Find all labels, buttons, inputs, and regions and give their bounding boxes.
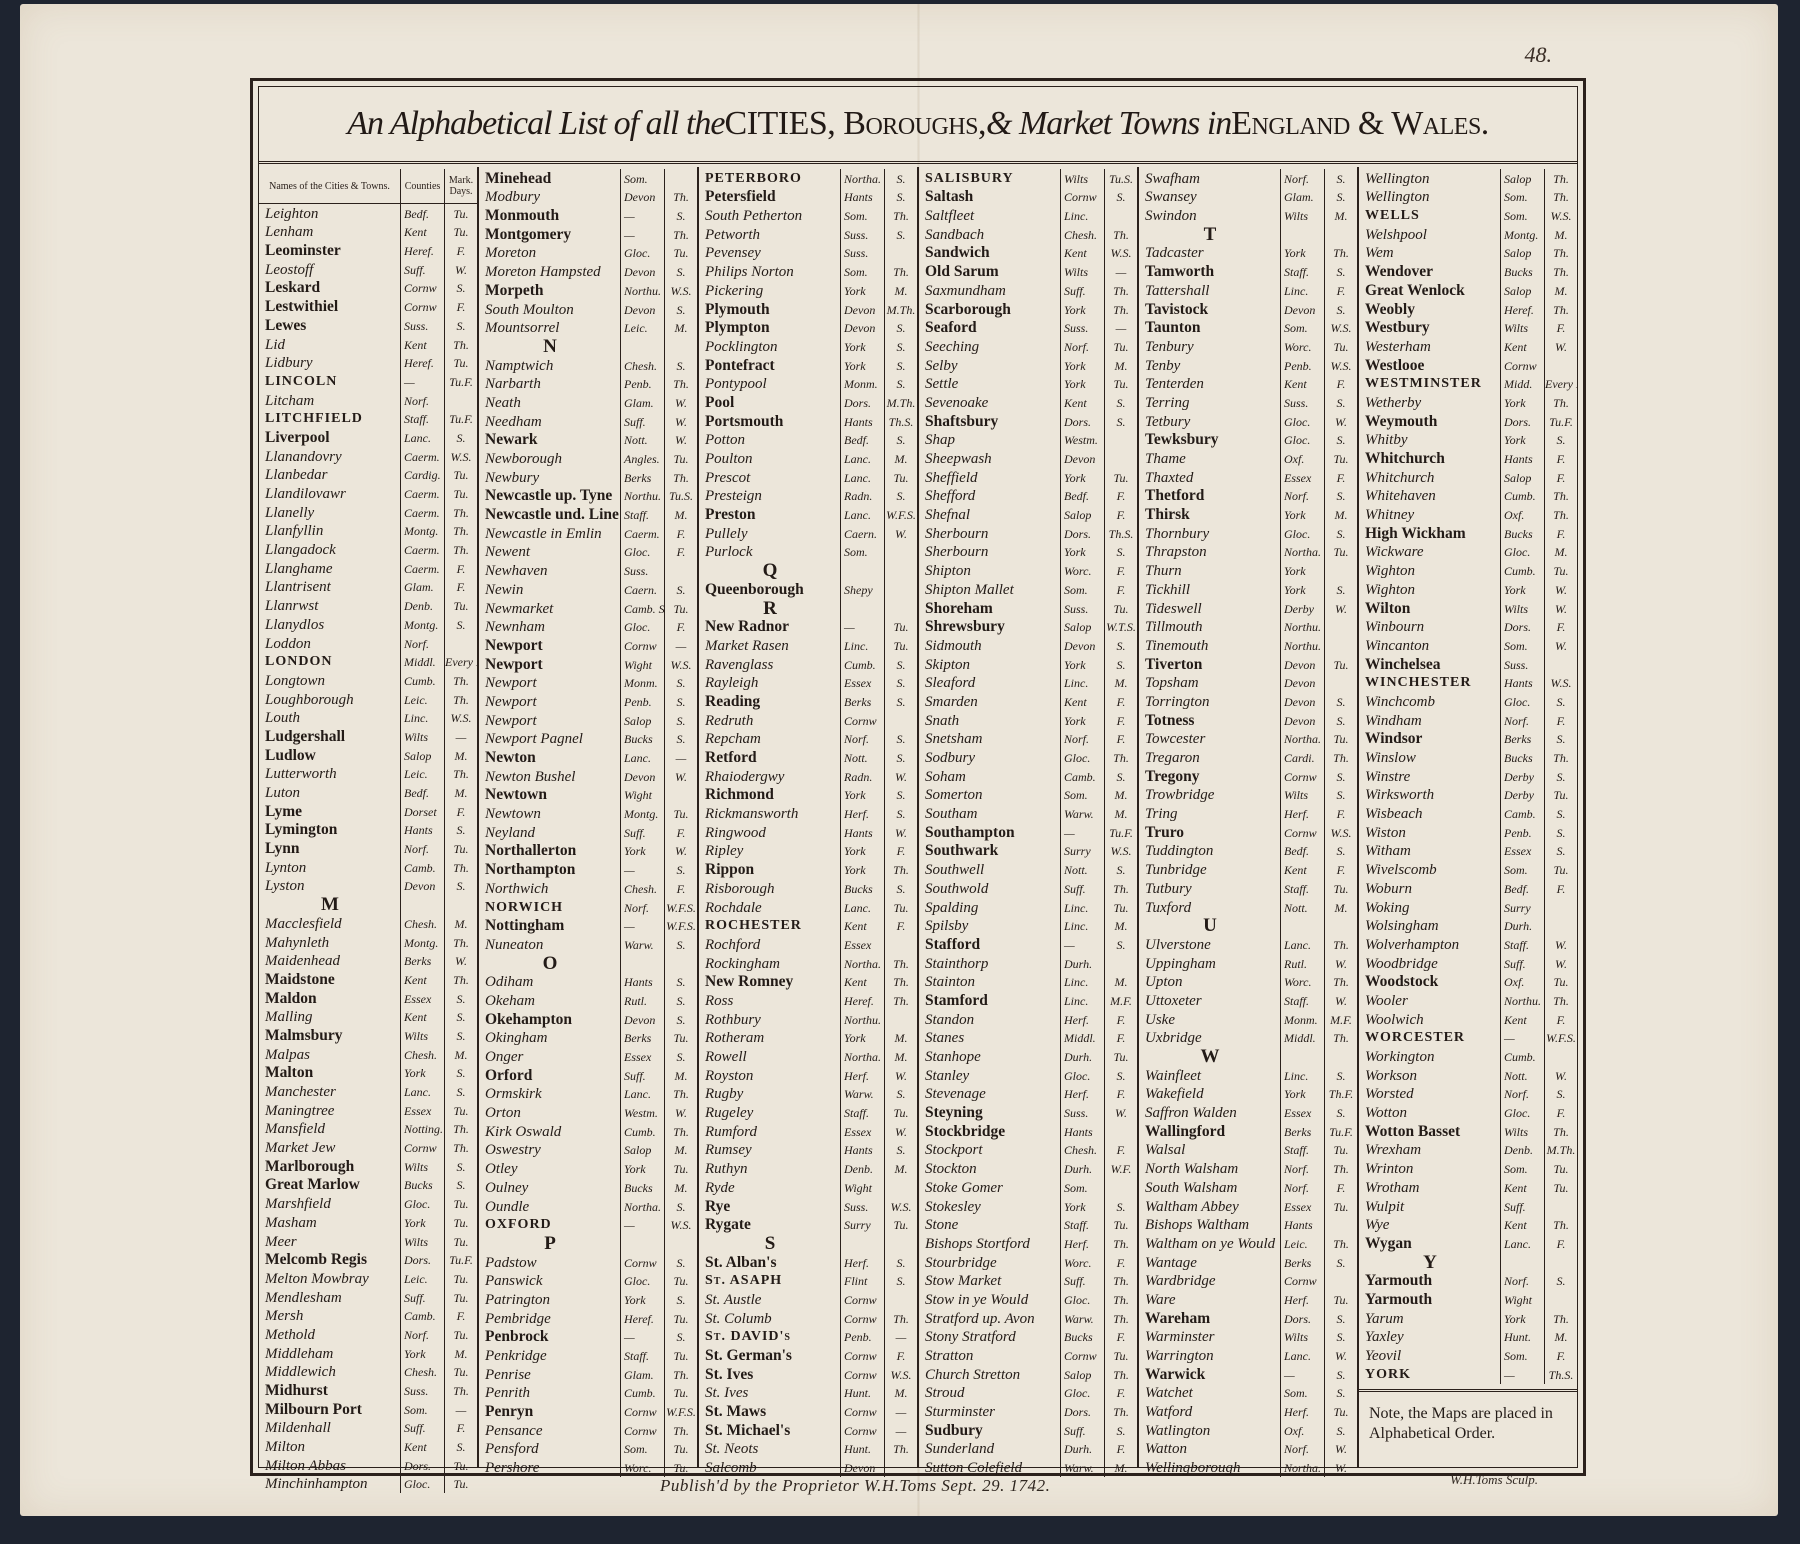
- market-day: F.: [1545, 1104, 1577, 1122]
- town-row: OXFORD—W.S.: [479, 1216, 697, 1235]
- town-name: St. DAVID's: [699, 1328, 841, 1346]
- town-name: Wardbridge: [1139, 1272, 1281, 1290]
- town-name: Rothbury: [699, 1011, 841, 1029]
- market-day: Tu.F.: [1105, 824, 1137, 842]
- town-name: Southwell: [919, 861, 1061, 879]
- town-name: St. Austle: [699, 1291, 841, 1309]
- county: Chesh.: [621, 880, 665, 898]
- town-row: LitchamNorf.: [259, 391, 477, 410]
- town-row: Market RasenLinc.Tu.: [699, 636, 917, 655]
- town-row: LouthLinc.W.S.: [259, 709, 477, 728]
- town-name: Thame: [1139, 450, 1281, 468]
- town-name: Newcastle in Emlin: [479, 525, 621, 543]
- market-day: S.: [885, 338, 917, 356]
- county: Suss.: [1281, 394, 1325, 412]
- town-name: Tenbury: [1139, 338, 1281, 356]
- town-row: Sutton ColefieldWarw.M.: [919, 1458, 1137, 1477]
- county: Cornw: [401, 1139, 445, 1157]
- market-day: —: [885, 1328, 917, 1346]
- town-name: Sandbach: [919, 226, 1061, 244]
- market-day: Th.: [885, 1310, 917, 1328]
- town-name: Bishops Stortford: [919, 1235, 1061, 1253]
- town-row: WrintonSom.Tu.: [1359, 1159, 1577, 1178]
- market-day: Th.: [445, 1120, 477, 1138]
- town-row: LestwithielCornwF.: [259, 297, 477, 316]
- market-day: F.: [885, 1347, 917, 1365]
- town-name: Melton Mowbray: [259, 1270, 401, 1288]
- county: —: [841, 618, 885, 636]
- town-name: WESTMINSTER: [1359, 375, 1501, 393]
- market-day: Tu.F.: [445, 410, 477, 428]
- county: —: [1501, 1029, 1545, 1047]
- market-day: F.: [445, 1307, 477, 1325]
- town-name: Rugby: [699, 1085, 841, 1103]
- town-row: RavenglassCumb.S.: [699, 655, 917, 674]
- town-name: Risborough: [699, 880, 841, 898]
- town-row: WalsalStaff.Tu.: [1139, 1141, 1357, 1160]
- market-day: Th.: [1325, 1160, 1357, 1178]
- market-day: S.: [665, 973, 697, 991]
- market-day: —: [885, 1403, 917, 1421]
- market-day: Th.: [1105, 1291, 1137, 1309]
- county: Norf.: [1281, 1440, 1325, 1458]
- town-row: RumfordEssexW.: [699, 1122, 917, 1141]
- market-day: Tu.: [885, 1216, 917, 1234]
- town-name: Rumford: [699, 1123, 841, 1141]
- town-name: Soham: [919, 768, 1061, 786]
- town-name: Lestwithiel: [259, 298, 401, 316]
- county: Nott.: [1501, 1067, 1545, 1085]
- market-day: W.: [665, 394, 697, 412]
- county: York: [621, 842, 665, 860]
- market-day: S.: [1325, 487, 1357, 505]
- county: Dors.: [401, 1457, 445, 1475]
- county: Linc.: [1281, 1067, 1325, 1085]
- town-name: Stow Market: [919, 1272, 1061, 1290]
- market-day: F.: [1105, 1085, 1137, 1103]
- town-row: WrothamKentTu.: [1359, 1178, 1577, 1197]
- county: Cumb.: [401, 672, 445, 690]
- county: Norf.: [1061, 730, 1105, 748]
- county: Northu.: [1501, 992, 1545, 1010]
- town-row: WirksworthDerbyTu.: [1359, 786, 1577, 805]
- town-name: ROCHESTER: [699, 917, 841, 935]
- town-name: Pensford: [479, 1440, 621, 1458]
- county: Cornw: [1281, 1272, 1325, 1290]
- town-name: Wolsingham: [1359, 917, 1501, 935]
- market-day: Th.: [445, 1139, 477, 1157]
- town-row: TadcasterYorkTh.: [1139, 244, 1357, 263]
- town-row: LeightonBedf.Tu.: [259, 204, 477, 223]
- town-row: Warwick—S.: [1139, 1365, 1357, 1384]
- town-name: Yarmouth: [1359, 1291, 1501, 1309]
- town-name: Workson: [1359, 1067, 1501, 1085]
- market-day: F.: [1325, 1179, 1357, 1197]
- market-day: M.: [665, 319, 697, 337]
- county: Suff.: [621, 1067, 665, 1085]
- town-name: Old Sarum: [919, 263, 1061, 281]
- market-day: Th.: [1545, 749, 1577, 767]
- town-name: Newtown: [479, 805, 621, 823]
- town-row: South MoultonDevonS.: [479, 300, 697, 319]
- town-name: Stanhope: [919, 1048, 1061, 1066]
- town-row: SohamCamb.S.: [919, 767, 1137, 786]
- town-name: Rye: [699, 1198, 841, 1216]
- town-name: Steyning: [919, 1104, 1061, 1122]
- county: Suff.: [401, 1289, 445, 1307]
- town-name: Mersh: [259, 1307, 401, 1325]
- town-name: Wulpit: [1359, 1198, 1501, 1216]
- market-day: Tu.: [665, 1310, 697, 1328]
- county: Dors.: [401, 1251, 445, 1269]
- market-day: Th.: [1545, 301, 1577, 319]
- county: Hunt.: [1501, 1328, 1545, 1346]
- town-row: Waltham AbbeyEssexTu.: [1139, 1197, 1357, 1216]
- county: Bedf.: [1281, 842, 1325, 860]
- county: Som.: [1281, 319, 1325, 337]
- town-row: Nottingham—W.F.S.: [479, 917, 697, 936]
- market-day: S.: [1325, 693, 1357, 711]
- county: Essex: [401, 1102, 445, 1120]
- town-name: Wrinton: [1359, 1160, 1501, 1178]
- market-day: S.: [1325, 1384, 1357, 1402]
- county: Dors.: [1501, 618, 1545, 636]
- town-name: Pontefract: [699, 357, 841, 375]
- town-name: NORWICH: [479, 899, 621, 917]
- town-row: MinchinhamptonGloc.Tu.: [259, 1475, 477, 1494]
- market-day: S.: [665, 674, 697, 692]
- market-day: Th.: [885, 263, 917, 281]
- county: Hants: [1501, 674, 1545, 692]
- county: Lanc.: [1501, 1235, 1545, 1253]
- town-name: Wendover: [1359, 263, 1501, 281]
- county: Berks: [1281, 1123, 1325, 1141]
- town-name: Llanelly: [259, 504, 401, 522]
- town-row: SandwichKentW.S.: [919, 244, 1137, 263]
- town-rows: PETERBORONortha.S.PetersfieldHantsS.Sout…: [699, 169, 917, 1477]
- town-row: WolverhamptonStaff.W.: [1359, 935, 1577, 954]
- market-day: S.: [1105, 394, 1137, 412]
- county: —: [621, 207, 665, 225]
- town-row: WattonNorf.W.: [1139, 1440, 1357, 1459]
- market-day: W.: [885, 525, 917, 543]
- table-inner-border: An Alphabetical List of all the CITIES ,…: [258, 86, 1578, 1468]
- town-row: SomertonSom.M.: [919, 786, 1137, 805]
- town-row: WolsinghamDurh.: [1359, 917, 1577, 936]
- town-name: Warminster: [1139, 1328, 1281, 1346]
- county: Worc.: [1061, 562, 1105, 580]
- town-row: PershoreWorc.Tu.: [479, 1458, 697, 1477]
- county: Suff.: [1501, 955, 1545, 973]
- county: Lanc.: [841, 450, 885, 468]
- market-day: Th.: [1325, 973, 1357, 991]
- county: Denb.: [1501, 1141, 1545, 1159]
- market-day: W.F.S.: [885, 506, 917, 524]
- town-name: Wooler: [1359, 992, 1501, 1010]
- town-name: Shoreham: [919, 600, 1061, 618]
- town-row: RygateSurryTu.: [699, 1216, 917, 1235]
- town-name: Wolverhampton: [1359, 936, 1501, 954]
- county: Dors.: [1281, 1310, 1325, 1328]
- county: Chesh.: [621, 357, 665, 375]
- county: Som.: [1061, 1179, 1105, 1197]
- market-day: M.: [665, 1067, 697, 1085]
- town-row: Newcastle in EmlinCaerm.F.: [479, 524, 697, 543]
- town-name: Weobly: [1359, 301, 1501, 319]
- market-day: Th.: [1325, 749, 1357, 767]
- county: Northa.: [841, 1048, 885, 1066]
- market-day: M.: [885, 282, 917, 300]
- market-day: F.: [665, 618, 697, 636]
- county: Berks: [621, 1029, 665, 1047]
- town-name: Mahynleth: [259, 934, 401, 952]
- county: Cumb.: [1501, 1048, 1545, 1066]
- town-name: Manchester: [259, 1083, 401, 1101]
- county: Hants: [1061, 1123, 1105, 1141]
- town-name: Tavistock: [1139, 301, 1281, 319]
- town-name: LITCHFIELD: [259, 410, 401, 428]
- market-day: W.: [1545, 338, 1577, 356]
- town-rows: MineheadSom.ModburyDevonTh.Monmouth—S.Mo…: [479, 169, 697, 1477]
- county: Northa.: [1281, 730, 1325, 748]
- market-day: S.: [445, 279, 477, 297]
- county: Chesh.: [401, 915, 445, 933]
- county: Som.: [1061, 786, 1105, 804]
- town-row: St. German'sCornwF.: [699, 1346, 917, 1365]
- town-row: WindhamNorf.F.: [1359, 711, 1577, 730]
- town-name: Smarden: [919, 693, 1061, 711]
- market-day: S.: [1105, 188, 1137, 206]
- market-day: S.: [1325, 188, 1357, 206]
- market-day: Tu.: [1545, 786, 1577, 804]
- market-day: Th.: [1325, 936, 1357, 954]
- market-day: F.: [1325, 861, 1357, 879]
- market-day: Tu.: [1545, 562, 1577, 580]
- county: York: [1061, 469, 1105, 487]
- county: Suss.: [1061, 319, 1105, 337]
- town-row: SeechingNorf.Tu.: [919, 337, 1137, 356]
- town-row: WickwareGloc.M.: [1359, 543, 1577, 562]
- market-day: Th.: [665, 375, 697, 393]
- town-name: Stockton: [919, 1160, 1061, 1178]
- town-row: ThornburyGloc.S.: [1139, 524, 1357, 543]
- county: Devon: [621, 768, 665, 786]
- market-day: Tu.: [665, 1029, 697, 1047]
- market-day: M.: [885, 1160, 917, 1178]
- county: Bucks: [1061, 1328, 1105, 1346]
- county: York: [841, 357, 885, 375]
- town-row: Melton MowbrayLeic.Tu.: [259, 1269, 477, 1288]
- town-row: South WalshamNorf.F.: [1139, 1178, 1357, 1197]
- town-name: Stow in ye Would: [919, 1291, 1061, 1309]
- town-row: PembridgeHeref.Tu.: [479, 1309, 697, 1328]
- town-name: Lynn: [259, 840, 401, 858]
- market-day: S.: [1105, 936, 1137, 954]
- market-day: Tu.: [445, 1475, 477, 1493]
- town-name: Pocklington: [699, 338, 841, 356]
- town-row: TregonyCornwS.: [1139, 767, 1357, 786]
- market-day: S.: [1325, 1328, 1357, 1346]
- town-name: Tenterden: [1139, 375, 1281, 393]
- market-day: Tu.: [445, 485, 477, 503]
- town-row: New RomneyKentTh.: [699, 973, 917, 992]
- town-row: SALISBURYWiltsTu.S.: [919, 169, 1137, 188]
- town-row: WarringtonLanc.W.: [1139, 1346, 1357, 1365]
- market-day: S.: [1325, 1422, 1357, 1440]
- county: Leic.: [401, 765, 445, 783]
- county: Cumb.: [621, 1123, 665, 1141]
- market-day: W.S.: [1325, 357, 1357, 375]
- county: Gloc.: [1501, 693, 1545, 711]
- market-day: Th.: [1325, 1235, 1357, 1253]
- town-name: Mendlesham: [259, 1289, 401, 1307]
- county: Cumb.: [1501, 487, 1545, 505]
- county: Caern.: [621, 581, 665, 599]
- town-row: Wotton BassetWiltsTh.: [1359, 1122, 1577, 1141]
- town-row: WorkingtonCumb.: [1359, 1047, 1577, 1066]
- town-name: Somerton: [919, 786, 1061, 804]
- county: Surry: [1061, 842, 1105, 860]
- market-day: F.: [1545, 450, 1577, 468]
- county: York: [1061, 1198, 1105, 1216]
- county: Cornw: [1501, 357, 1545, 375]
- town-row: Old SarumWilts—: [919, 262, 1137, 281]
- town-row: NeathGlam.W.: [479, 393, 697, 412]
- town-name: Milbourn Port: [259, 1401, 401, 1419]
- header-county: Counties: [401, 169, 445, 203]
- market-day: S.: [445, 990, 477, 1008]
- town-row: YarmouthWight: [1359, 1290, 1577, 1309]
- market-day: Tu.: [885, 618, 917, 636]
- county: Kent: [1501, 1216, 1545, 1234]
- county: Northa.: [1281, 1459, 1325, 1477]
- county: Gloc.: [401, 1195, 445, 1213]
- town-row: MarlboroughWiltsS.: [259, 1157, 477, 1176]
- town-row: WallingfordBerksTu.F.: [1139, 1122, 1357, 1141]
- market-day: W.S.: [885, 1366, 917, 1384]
- market-day: F.: [1545, 1347, 1577, 1365]
- market-day: W.: [1325, 1459, 1357, 1477]
- town-row: Stow in ye WouldGloc.Th.: [919, 1290, 1137, 1309]
- market-day: S.: [885, 1254, 917, 1272]
- county: Wilts: [1281, 207, 1325, 225]
- town-row: SteyningSuss.W.: [919, 1103, 1137, 1122]
- market-day: W.: [885, 768, 917, 786]
- market-day: M.F.: [1105, 992, 1137, 1010]
- town-column-2: MineheadSom.ModburyDevonTh.Monmouth—S.Mo…: [479, 167, 699, 1467]
- county: Suff.: [1061, 1272, 1105, 1290]
- county: Devon: [621, 188, 665, 206]
- town-row: WainfleetLinc.S.: [1139, 1066, 1357, 1085]
- county: York: [1501, 394, 1545, 412]
- town-name: Seeching: [919, 338, 1061, 356]
- market-day: Th.: [1545, 170, 1577, 188]
- town-row: StokesleyYorkS.: [919, 1197, 1137, 1216]
- town-name: Southampton: [919, 824, 1061, 842]
- market-day: W.S.: [1105, 842, 1137, 860]
- town-name: Thaxted: [1139, 469, 1281, 487]
- town-name: Great Wenlock: [1359, 282, 1501, 300]
- market-day: S.: [885, 357, 917, 375]
- county: York: [1061, 375, 1105, 393]
- market-day: Th.: [1545, 394, 1577, 412]
- market-day: S.: [1105, 637, 1137, 655]
- market-day: W.: [1545, 955, 1577, 973]
- county: Gloc.: [1281, 431, 1325, 449]
- title-part-4: & Market Towns in: [986, 105, 1231, 143]
- county: Midd.: [1501, 375, 1545, 393]
- county: Chesh.: [1061, 226, 1105, 244]
- town-row: Shipton MalletSom.F.: [919, 580, 1137, 599]
- market-day: Tu.: [445, 1270, 477, 1288]
- town-row: WatfordHerf.Tu.: [1139, 1402, 1357, 1421]
- town-name: Moreton: [479, 244, 621, 262]
- town-name: Tutbury: [1139, 880, 1281, 898]
- market-day: Th.: [1545, 1216, 1577, 1234]
- town-row: PenriseGlam.Th.: [479, 1365, 697, 1384]
- market-day: S.: [665, 992, 697, 1010]
- town-column-4: SALISBURYWiltsTu.S.SaltashCornwS.Saltfle…: [919, 167, 1139, 1467]
- town-row: PocklingtonYorkS.: [699, 337, 917, 356]
- town-row: LlanrwstDenb.Tu.: [259, 596, 477, 615]
- market-day: W.S.: [445, 448, 477, 466]
- town-row: PontefractYorkS.: [699, 356, 917, 375]
- town-row: PontypoolMonm.S.: [699, 375, 917, 394]
- county: Bucks: [401, 1176, 445, 1194]
- town-name: Ripley: [699, 842, 841, 860]
- town-name: Tideswell: [1139, 600, 1281, 618]
- town-row: Kirk OswaldCumb.Th.: [479, 1122, 697, 1141]
- county: Norf.: [1281, 1160, 1325, 1178]
- town-name: Sherbourn: [919, 543, 1061, 561]
- market-day: M.: [885, 1029, 917, 1047]
- town-row: LlangadockCaerm.Th.: [259, 540, 477, 559]
- county: Dors.: [1501, 413, 1545, 431]
- county: Som.: [1501, 1347, 1545, 1365]
- market-day: F.: [1105, 693, 1137, 711]
- county: Radn.: [841, 768, 885, 786]
- town-name: Llanfyllin: [259, 522, 401, 540]
- town-name: Sandwich: [919, 244, 1061, 262]
- county: Berks: [621, 469, 665, 487]
- town-row: ShorehamSuss.Tu.: [919, 599, 1137, 618]
- town-name: Plymouth: [699, 301, 841, 319]
- town-name: Okeham: [479, 992, 621, 1010]
- county: Northa.: [841, 955, 885, 973]
- town-row: RickmansworthHerf.S.: [699, 804, 917, 823]
- county: Warw.: [1061, 1310, 1105, 1328]
- town-name: Torrington: [1139, 693, 1281, 711]
- county: Worc.: [1281, 338, 1325, 356]
- market-day: Tu.: [665, 1459, 697, 1477]
- town-name: Rickmansworth: [699, 805, 841, 823]
- town-name: Workington: [1359, 1048, 1501, 1066]
- town-row: NeylandSuff.F.: [479, 823, 697, 842]
- town-name: Wantage: [1139, 1254, 1281, 1272]
- county: Hunt.: [841, 1384, 885, 1402]
- town-name: Weymouth: [1359, 413, 1501, 431]
- market-day: F.: [445, 803, 477, 821]
- town-row: TenburyWorc.Tu.: [1139, 337, 1357, 356]
- town-row: WESTMINSTERMidd.Every Day: [1359, 375, 1577, 394]
- county: Lanc.: [841, 506, 885, 524]
- town-row: WINCHESTERHantsW.S.: [1359, 674, 1577, 693]
- market-day: M.: [1105, 805, 1137, 823]
- county: Essex: [841, 1123, 885, 1141]
- town-row: St. DAVID'sPenb.—: [699, 1328, 917, 1347]
- town-row: SevenoakeKentS.: [919, 393, 1137, 412]
- market-day: Tu.: [445, 840, 477, 858]
